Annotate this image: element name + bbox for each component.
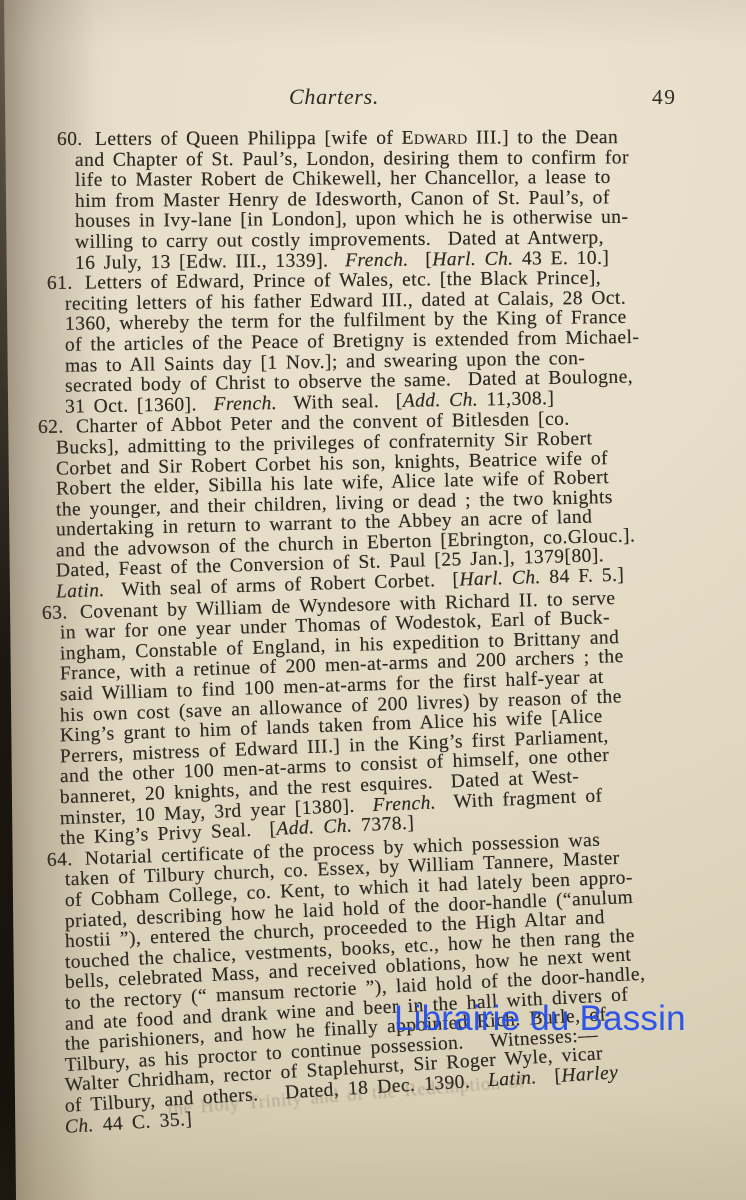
page-number: 49 bbox=[652, 85, 677, 110]
catalogue-entry: 61.Letters of Edward, Prince of Wales, e… bbox=[47, 274, 733, 418]
italic-text: French. bbox=[345, 249, 409, 271]
italic-text: French. bbox=[372, 792, 436, 816]
catalogue-entry: 62.Charter of Abbot Peter and the conven… bbox=[38, 418, 733, 603]
italic-text: French. bbox=[213, 393, 277, 415]
italic-text: Add. Ch. bbox=[276, 816, 353, 840]
entry-line: 60.Letters of Queen Philippa [wife of Ed… bbox=[57, 128, 733, 151]
italic-text: Add. Ch. bbox=[403, 389, 479, 411]
entry-number: 63. bbox=[42, 603, 81, 625]
running-title: Charters. bbox=[289, 84, 379, 110]
entry-list: 60.Letters of Queen Philippa [wife of Ed… bbox=[38, 130, 733, 1139]
book-spine-edge bbox=[0, 0, 18, 1200]
entry-number: 61. bbox=[47, 274, 85, 295]
small-caps-text: Edward III. bbox=[402, 127, 503, 148]
book-page-photo: Charters. 49 60.Letters of Queen Philipp… bbox=[0, 0, 746, 1200]
entry-number: 62. bbox=[38, 418, 76, 439]
catalogue-entry: 63.Covenant by William de Wyndesore with… bbox=[42, 604, 733, 851]
italic-text: Harl. Ch. bbox=[432, 248, 513, 270]
catalogue-entry: 64.Notarial certificate of the process b… bbox=[47, 851, 733, 1139]
italic-text: Harl. Ch. bbox=[459, 567, 541, 590]
italic-text: Latin. bbox=[56, 580, 105, 602]
entry-number: 60. bbox=[57, 130, 95, 151]
italic-text: Latin. bbox=[487, 1067, 537, 1091]
catalogue-entry: 60.Letters of Queen Philippa [wife of Ed… bbox=[57, 130, 733, 274]
italic-text: Ch. bbox=[64, 1115, 94, 1138]
